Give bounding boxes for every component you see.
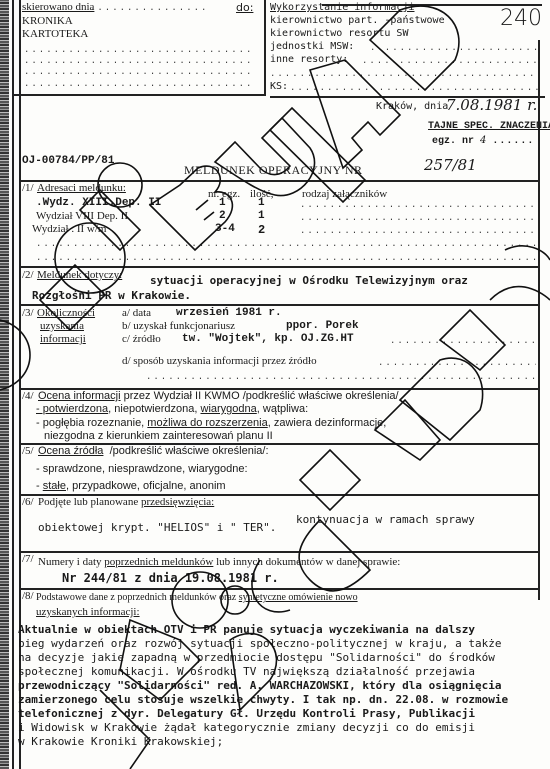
section-divider — [19, 266, 539, 268]
left-margin-rule — [12, 0, 14, 769]
section3-label-2: uzyskania — [40, 321, 84, 332]
report-number: 257/81 — [424, 158, 477, 173]
section3-number: /3/ — [22, 308, 34, 319]
section-divider — [19, 588, 539, 590]
item-c-label: c/ źródło — [122, 334, 161, 345]
section4-line3: niezgodna z kierunkiem zainteresowań pla… — [44, 431, 273, 442]
section4-line2: - pogłębia rozeznanie, możliwa do rozsze… — [36, 418, 386, 429]
page-number-handwritten: 240 — [500, 8, 542, 30]
routing-blank-line: ........................................… — [24, 68, 254, 77]
routing-blank-line: ........................................… — [24, 57, 254, 66]
routing-line-kronika: KRONIKA — [22, 16, 73, 27]
section2-text-line2: Rozgłośni PR w Krakowie. — [32, 290, 191, 301]
section3-label-3: informacji — [40, 334, 86, 345]
body-line: i Widowisk w Krakowie żądał kategoryczni… — [18, 721, 550, 735]
section5-line1: - sprawdzone, niesprawdzone, wiarygodne: — [36, 464, 248, 475]
routing-label: skierowano dnia — [22, 2, 94, 13]
item-b-value: ppor. Porek — [286, 321, 359, 332]
attachment-field-2: ....................................... — [300, 214, 536, 223]
header-left-bottom-line — [14, 94, 264, 96]
section8-number: /8/ — [22, 591, 34, 602]
ks-field: ........................................… — [290, 84, 538, 93]
section6-text-line: obiektowej krypt. "HELIOS" i " TER". — [38, 522, 276, 533]
item-d-label: d/ sposób uzyskania informacji przez źró… — [122, 356, 317, 367]
routing-to-label: do: — [236, 2, 253, 13]
item-a-value: wrzesień 1981 r. — [176, 308, 282, 319]
usage-blank: .............................. — [370, 44, 538, 53]
section6-label: Podjęte lub planowane przedsięwzięcia: — [38, 497, 214, 508]
copy-2: 2 — [219, 211, 226, 222]
addressee-blank: ........................................… — [36, 240, 536, 249]
section4-line1: - potwierdzona, niepotwierdzona, wiarygo… — [36, 404, 308, 415]
copy-1: 1 — [219, 198, 226, 209]
usage-line: kierownictwo resortu SW — [270, 29, 408, 39]
section3-label-1: Okoliczności — [37, 308, 95, 319]
routing-line-kartoteka: KARTOTEKA — [22, 29, 88, 40]
copy-number-value: 4 — [480, 135, 486, 146]
section2-number: /2/ — [22, 270, 34, 281]
routing-blank-line: ........................................… — [24, 46, 254, 55]
section-divider — [19, 304, 539, 306]
place-date-label: Kraków, dnia — [376, 102, 448, 112]
col-header-attachments: rodzaj załączników — [302, 189, 387, 200]
body-line: przewodniczący "Solidarności" red. A. WA… — [18, 679, 550, 693]
qty-1: 1 — [258, 198, 265, 209]
body-line: w Krakowie Kroniki Krakowskiej; — [18, 735, 550, 749]
place-date-value: 7.08.1981 r. — [446, 98, 537, 113]
usage-line: kierownictwo part. -państwowe — [270, 16, 445, 26]
routing-date-field: .......................... — [90, 4, 208, 13]
section6-text-right: kontynuacja w ramach sprawy — [296, 514, 475, 525]
section8-label: Podstawowe dane z poprzednich meldunków … — [36, 593, 358, 603]
body-line: na decyzje jakie zapadną w przedmiocie d… — [18, 651, 550, 665]
item-c-value: tw. "Wojtek", kp. OJ.ZG.HT — [182, 334, 354, 345]
binding-edge — [0, 0, 9, 769]
item-d-blank: ........................................… — [146, 373, 536, 382]
section7-value: Nr 244/81 z dnia 19.08.1981 r. — [62, 572, 279, 584]
section8-body: Aktualnie w obiektach OTV i PR panuje sy… — [18, 623, 550, 749]
section6-number: /6/ — [22, 497, 34, 508]
qty-3: 2 — [258, 224, 265, 236]
section2-label: Meldunek dotyczy: — [37, 270, 122, 281]
section4-heading: Ocena informacji przez Wydział II KWMO /… — [38, 391, 399, 402]
addressee-1: .Wydz. XIII.Dep. II — [36, 198, 161, 209]
section1-number: /1/ — [22, 183, 34, 194]
section5-line2: - stałe, przypadkowe, oficjalne, anonim — [36, 481, 226, 492]
item-d-field: ........................... — [378, 359, 536, 368]
section7-number: /7/ — [22, 554, 34, 565]
item-b-label: b/ uzyskał funkcjonariusz — [122, 321, 235, 332]
section7-label: Numery i daty poprzednich meldunków lub … — [38, 557, 400, 568]
document-page: skierowano dnia ........................… — [0, 0, 550, 769]
usage-line: jednostki MSW: — [270, 42, 354, 52]
report-title: MELDUNEK OPERACYJNY NR — [184, 164, 363, 176]
ks-label: KS: — [270, 82, 288, 92]
section2-text-line1: sytuacji operacyjnej w Ośrodku Telewizyj… — [150, 275, 468, 286]
body-line: społecznej komunikacji. W ośrodku TV naj… — [18, 665, 550, 679]
section5-heading: Ocena źródła /podkreślić właściwe określ… — [38, 446, 269, 457]
reference-number: OJ-00784/PP/81 — [22, 156, 114, 167]
body-line: Aktualnie w obiektach OTV i PR panuje sy… — [18, 623, 550, 637]
section1-label: Adresaci meldunku: — [37, 183, 126, 194]
section5-number: /5/ — [22, 446, 34, 457]
addressee-2: Wydział VIII Dep. II — [36, 211, 128, 222]
usage-line: inne resorty: — [270, 55, 348, 65]
copy-number-label: egz. nr 4 ...... — [432, 136, 534, 147]
body-line: zamierzonego celu stosuje wszelkie chwyt… — [18, 693, 550, 707]
copy-3: 3-4 — [215, 224, 235, 235]
body-line: bieg wydarzeń oraz rozwój sytuacji społe… — [18, 637, 550, 651]
addressee-3: Wydział . II w/m — [32, 224, 106, 235]
addressee-blank: ........................................… — [36, 254, 536, 263]
item-c-blank: ......................... — [390, 337, 536, 346]
body-line: telefonicznej z dyr. Delegatury Gł. Urzę… — [18, 707, 550, 721]
usage-blank: ........................................… — [270, 70, 538, 79]
usage-blank: ............................... — [362, 57, 538, 66]
attachment-field-1: ....................................... — [300, 201, 536, 210]
header-divider-line — [264, 0, 266, 96]
routing-blank-line: ........................................… — [24, 80, 254, 89]
section4-number: /4/ — [22, 391, 34, 402]
item-a-label: a/ data — [122, 308, 151, 319]
attachment-field-3: ....................................... — [300, 227, 536, 236]
usage-title: Wykorzystanie informacji — [270, 3, 415, 13]
qty-2: 1 — [258, 211, 265, 222]
classification-label: TAJNE SPEC. ZNACZENIA — [428, 122, 550, 132]
section8-label-line2: uzyskanych informacji: — [36, 607, 140, 618]
section-divider — [19, 551, 539, 553]
